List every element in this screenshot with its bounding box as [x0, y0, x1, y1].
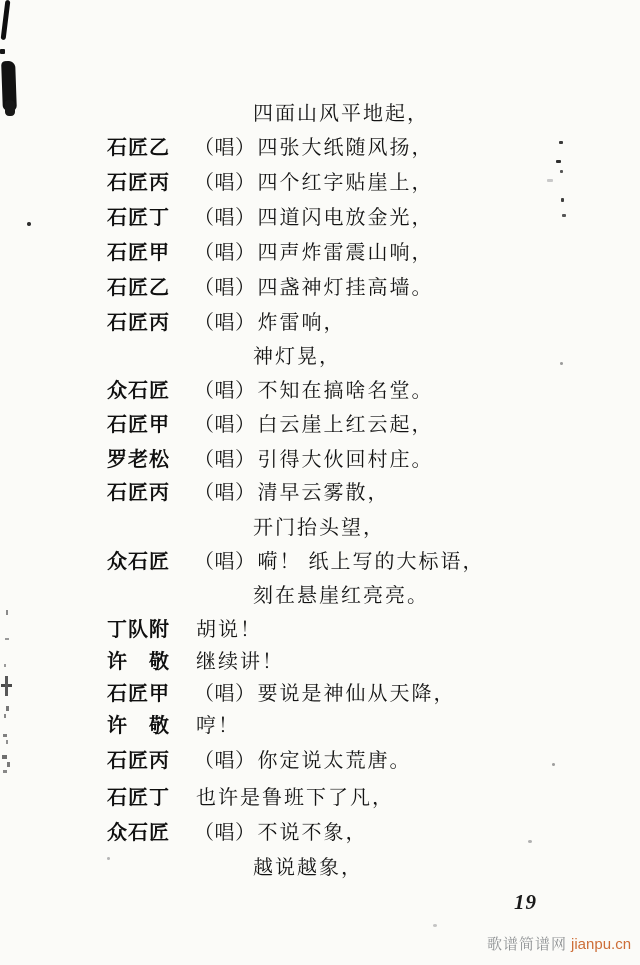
script-line: 神灯晃，: [0, 345, 640, 371]
stage-direction: （唱）: [194, 312, 256, 334]
script-line: 众石匠 （唱）不知在搞啥名堂。: [0, 379, 640, 405]
line-text: 四声炸雷震山响，: [258, 242, 434, 264]
speaker-name: 石匠丁: [107, 206, 170, 230]
stage-direction: （唱）: [194, 683, 256, 705]
script-line: 罗老松 （唱）引得大伙回村庄。: [0, 448, 640, 474]
ink-stroke-smudge: [1, 0, 11, 40]
scanned-script-page: 四面山风平地起， 石匠乙 （唱）四张大纸随风扬， 石匠丙 （唱）四个红字贴崖上，…: [0, 0, 640, 965]
margin-mark: [2, 755, 7, 759]
script-line: 石匠甲 （唱）四声炸雷震山响，: [0, 241, 640, 267]
script-line: 石匠丁 （唱）四道闪电放金光，: [0, 206, 640, 232]
dialogue-text: （唱）嗬！ 纸上写的大标语，: [194, 550, 485, 574]
watermark-site-url: jianpu.cn: [571, 936, 631, 953]
dialogue-text: （唱）四声炸雷震山响，: [194, 241, 434, 265]
speaker-name: 众石匠: [107, 550, 170, 574]
line-text: 四面山风平地起，: [253, 103, 429, 125]
script-line: 许 敬 继续讲！: [0, 650, 640, 676]
line-text: 要说是神仙从天降，: [258, 683, 456, 705]
line-text: 胡说！: [196, 619, 262, 641]
dialogue-text: 开门抬头望，: [251, 516, 385, 540]
line-text: 四道闪电放金光，: [258, 207, 434, 229]
paper-speck: [107, 857, 110, 860]
script-line: 四面山风平地起，: [0, 102, 640, 128]
paper-speck: [556, 160, 561, 163]
dialogue-text: （唱）不说不象，: [194, 821, 368, 845]
speaker-name: 众石匠: [107, 379, 170, 403]
margin-mark: [4, 664, 6, 667]
paper-speck: [528, 840, 532, 843]
line-text: 四个红字贴崖上，: [258, 172, 434, 194]
line-text: 清早云雾散，: [258, 482, 390, 504]
script-line: 刻在悬崖红亮亮。: [0, 584, 640, 610]
speaker-name: 石匠丙: [107, 311, 170, 335]
speaker-name: 许 敬: [107, 714, 170, 738]
line-text: 嗬！ 纸上写的大标语，: [258, 551, 485, 573]
margin-mark: [3, 734, 7, 737]
dialogue-text: （唱）炸雷响，: [194, 311, 346, 335]
line-text: 神灯晃，: [253, 346, 341, 368]
script-line: 越说越象，: [0, 856, 640, 882]
line-text: 哼！: [196, 715, 240, 737]
paper-speck: [547, 179, 553, 182]
script-line: 开门抬头望，: [0, 516, 640, 542]
dialogue-text: 刻在悬崖红亮亮。: [251, 584, 429, 608]
page-number: 19: [514, 890, 537, 915]
speaker-name: 石匠甲: [107, 413, 170, 437]
paper-speck: [559, 141, 563, 144]
line-text: 不知在搞啥名堂。: [258, 380, 434, 402]
script-line: 石匠乙 （唱）四张大纸随风扬，: [0, 136, 640, 162]
paper-speck: [552, 763, 555, 766]
dialogue-text: 继续讲！: [194, 650, 284, 674]
stage-direction: （唱）: [194, 137, 256, 159]
paper-speck: [561, 198, 564, 202]
stage-direction: （唱）: [194, 172, 256, 194]
speaker-name: 石匠甲: [107, 241, 170, 265]
margin-mark: [4, 714, 6, 718]
dialogue-text: （唱）白云崖上红云起，: [194, 413, 434, 437]
script-line: 众石匠 （唱）嗬！ 纸上写的大标语，: [0, 550, 640, 576]
speaker-name: 罗老松: [107, 448, 170, 472]
speaker-name: 许 敬: [107, 650, 170, 674]
ink-dot: [27, 222, 31, 226]
margin-cross-mark: [5, 676, 8, 696]
dialogue-text: 四面山风平地起，: [251, 102, 429, 126]
watermark-site-name: 歌谱简谱网: [487, 937, 567, 953]
speaker-name: 石匠丙: [107, 171, 170, 195]
speaker-name: 石匠丙: [107, 749, 170, 773]
dialogue-text: （唱）你定说太荒唐。: [194, 749, 412, 773]
margin-mark: [7, 762, 10, 767]
speaker-name: 石匠乙: [107, 136, 170, 160]
dialogue-text: （唱）不知在搞啥名堂。: [194, 379, 434, 403]
stage-direction: （唱）: [194, 822, 256, 844]
stage-direction: （唱）: [194, 449, 256, 471]
ink-dash: [0, 49, 5, 54]
stage-direction: （唱）: [194, 551, 256, 573]
dialogue-text: （唱）清早云雾散，: [194, 481, 390, 505]
dialogue-text: （唱）四个红字贴崖上，: [194, 171, 434, 195]
paper-speck: [433, 924, 437, 927]
script-line: 石匠丙 （唱）炸雷响，: [0, 311, 640, 337]
dialogue-text: （唱）四盏神灯挂高墙。: [194, 276, 434, 300]
stage-direction: （唱）: [194, 750, 256, 772]
line-text: 开门抬头望，: [253, 517, 385, 539]
script-line: 石匠乙 （唱）四盏神灯挂高墙。: [0, 276, 640, 302]
line-text: 四张大纸随风扬，: [258, 137, 434, 159]
speaker-name: 石匠丙: [107, 481, 170, 505]
paper-speck: [560, 362, 563, 365]
line-text: 四盏神灯挂高墙。: [258, 277, 434, 299]
script-line: 丁队附 胡说！: [0, 618, 640, 644]
speaker-name: 石匠丁: [107, 786, 170, 810]
stage-direction: （唱）: [194, 482, 256, 504]
script-line: 石匠丙 （唱）四个红字贴崖上，: [0, 171, 640, 197]
margin-mark: [3, 770, 7, 773]
stage-direction: （唱）: [194, 242, 256, 264]
dialogue-text: （唱）要说是神仙从天降，: [194, 682, 456, 706]
script-line: 许 敬 哼！: [0, 714, 640, 740]
line-text: 不说不象，: [258, 822, 368, 844]
line-text: 炸雷响，: [258, 312, 346, 334]
stage-direction: （唱）: [194, 207, 256, 229]
paper-speck: [562, 214, 566, 217]
script-line: 石匠丁 也许是鲁班下了凡，: [0, 786, 640, 812]
paper-speck: [560, 170, 563, 173]
line-text: 你定说太荒唐。: [258, 750, 412, 772]
script-line: 石匠丙 （唱）你定说太荒唐。: [0, 749, 640, 775]
ink-blob: [5, 100, 15, 116]
line-text: 也许是鲁班下了凡，: [196, 787, 394, 809]
speaker-name: 丁队附: [107, 618, 170, 642]
speaker-name: 众石匠: [107, 821, 170, 845]
line-text: 白云崖上红云起，: [258, 414, 434, 436]
speaker-name: 石匠乙: [107, 276, 170, 300]
margin-mark: [5, 638, 9, 640]
stage-direction: （唱）: [194, 414, 256, 436]
line-text: 继续讲！: [196, 651, 284, 673]
watermark: 歌谱简谱网jianpu.cn: [487, 936, 631, 954]
speaker-name: 石匠甲: [107, 682, 170, 706]
dialogue-text: （唱）四张大纸随风扬，: [194, 136, 434, 160]
line-text: 引得大伙回村庄。: [258, 449, 434, 471]
dialogue-text: 胡说！: [194, 618, 262, 642]
margin-mark: [6, 740, 8, 744]
margin-mark: [6, 610, 8, 615]
dialogue-text: 也许是鲁班下了凡，: [194, 786, 394, 810]
margin-mark: [6, 706, 9, 711]
line-text: 刻在悬崖红亮亮。: [253, 585, 429, 607]
dialogue-text: （唱）引得大伙回村庄。: [194, 448, 434, 472]
line-text: 越说越象，: [253, 857, 363, 879]
dialogue-text: 神灯晃，: [251, 345, 341, 369]
dialogue-text: 哼！: [194, 714, 240, 738]
stage-direction: （唱）: [194, 380, 256, 402]
stage-direction: （唱）: [194, 277, 256, 299]
dialogue-text: （唱）四道闪电放金光，: [194, 206, 434, 230]
script-line: 石匠甲 （唱）白云崖上红云起，: [0, 413, 640, 439]
script-line: 众石匠 （唱）不说不象，: [0, 821, 640, 847]
script-line: 石匠甲 （唱）要说是神仙从天降，: [0, 682, 640, 708]
dialogue-text: 越说越象，: [251, 856, 363, 880]
script-line: 石匠丙 （唱）清早云雾散，: [0, 481, 640, 507]
